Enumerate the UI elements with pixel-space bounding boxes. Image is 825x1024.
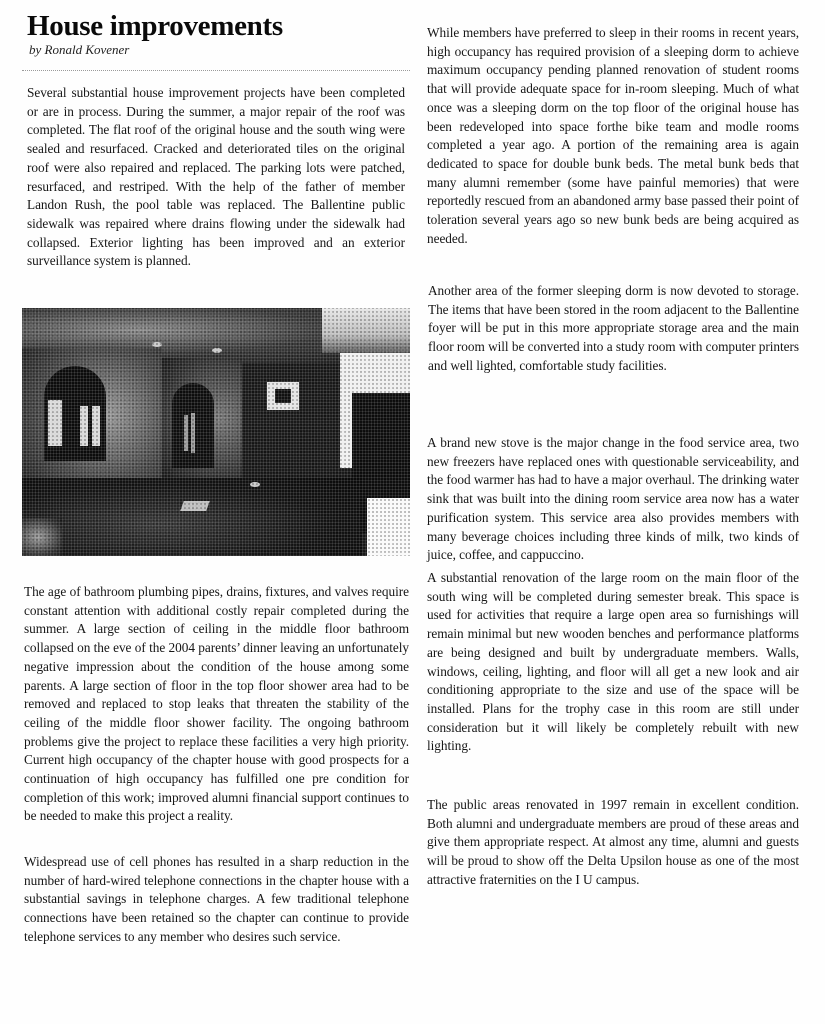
paragraph-public-areas: The public areas renovated in 1997 remai… xyxy=(427,796,799,890)
article-title: House improvements xyxy=(27,10,283,42)
paragraph-storage: Another area of the former sleeping dorm… xyxy=(428,282,799,376)
paragraph-bathroom-plumbing: The age of bathroom plumbing pipes, drai… xyxy=(24,583,409,826)
paragraph-roof-and-grounds: Several substantial house improvement pr… xyxy=(27,84,405,271)
paragraph-telephones: Widespread use of cell phones has result… xyxy=(24,853,409,947)
title-divider xyxy=(22,70,410,71)
newsletter-page: House improvements by Ronald Kovener Sev… xyxy=(0,0,825,1024)
photo-grain xyxy=(22,308,410,556)
paragraph-south-wing-renovation: A substantial renovation of the large ro… xyxy=(427,569,799,756)
paragraph-sleeping-dorm: While members have preferred to sleep in… xyxy=(427,24,799,248)
paragraph-food-service: A brand new stove is the major change in… xyxy=(427,434,799,565)
article-byline: by Ronald Kovener xyxy=(29,42,129,58)
interior-room-photo xyxy=(22,308,410,556)
